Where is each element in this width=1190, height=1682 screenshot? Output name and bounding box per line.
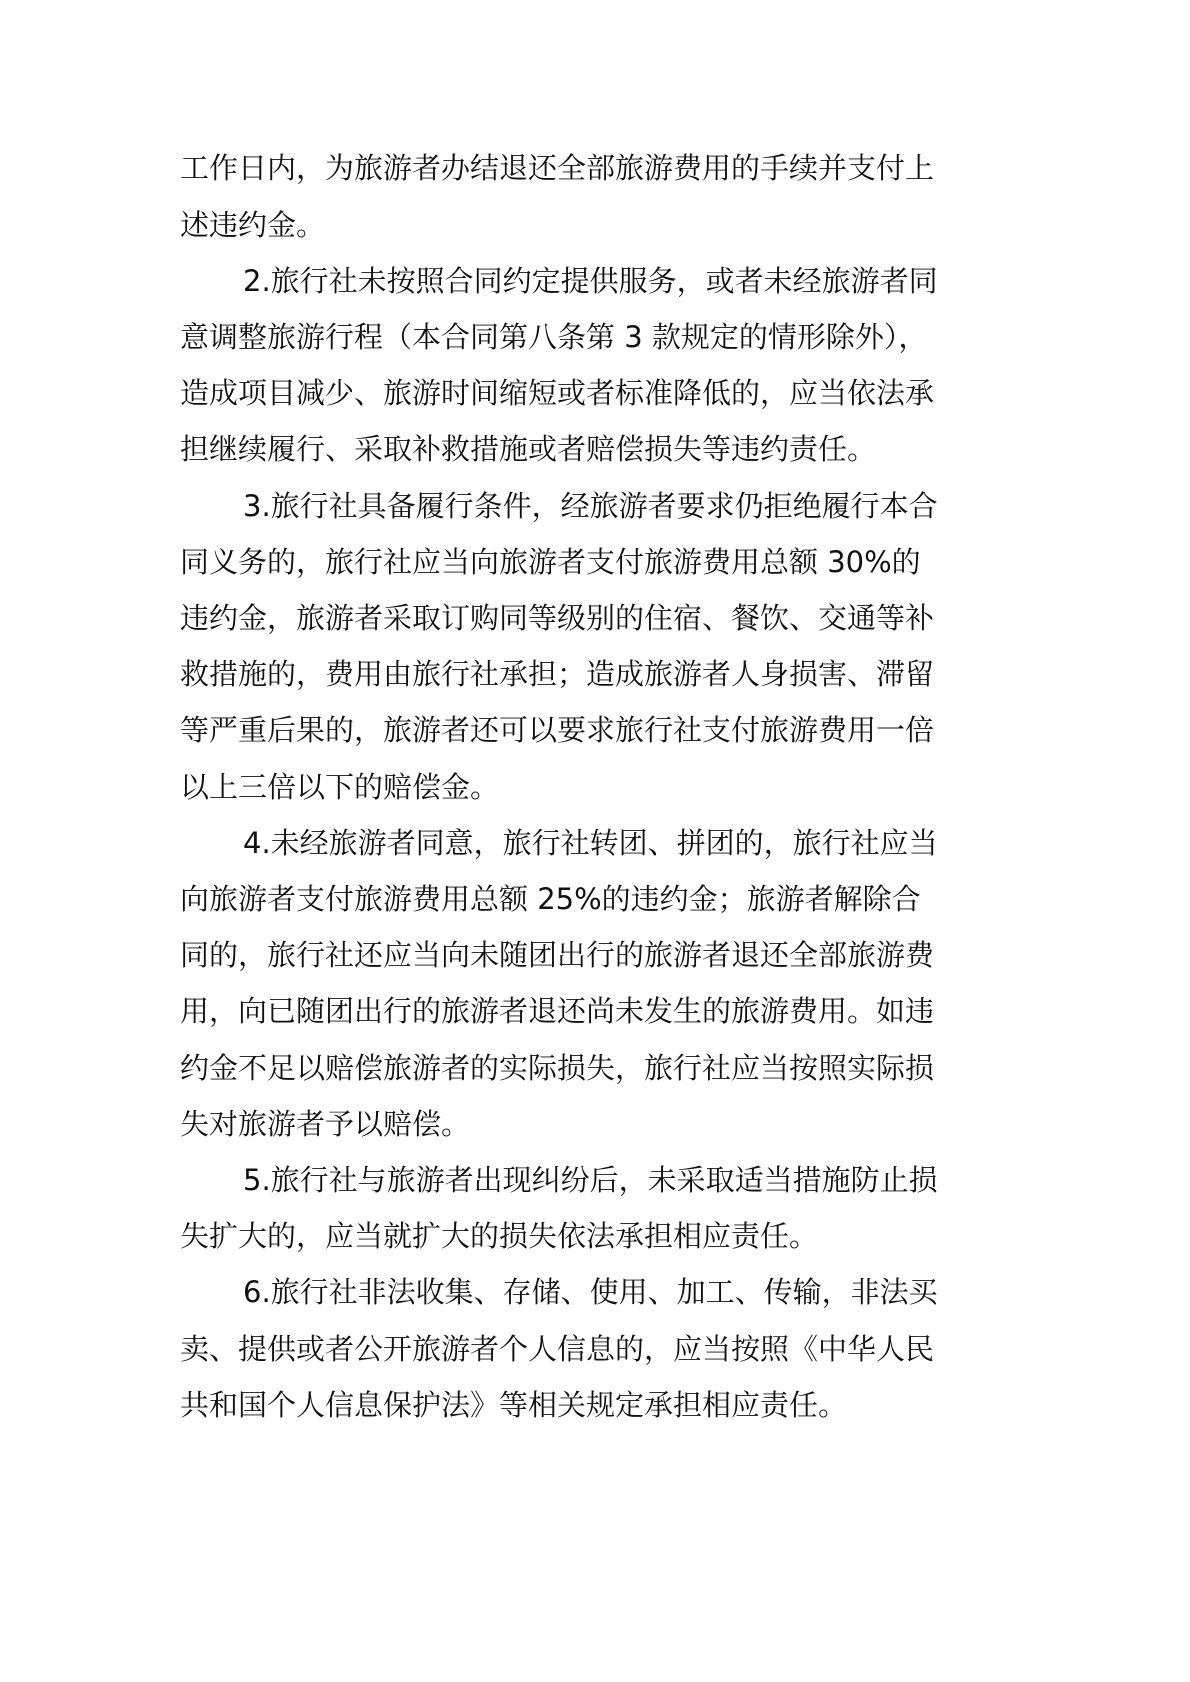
- text-line: 共和国个人信息保护法》等相关规定承担相应责任。: [180, 1385, 847, 1425]
- text-line: 约金不足以赔偿旅游者的实际损失，旅行社应当按照实际损: [180, 1048, 934, 1088]
- paragraph-3-start: 3.旅行社具备履行条件，经旅游者要求仍拒绝履行本合: [243, 486, 938, 526]
- document-page: 工作日内，为旅游者办结退还全部旅游费用的手续并支付上 述违约金。 2.旅行社未按…: [0, 0, 1190, 1682]
- text-line: 卖、提供或者公开旅游者个人信息的，应当按照《中华人民: [180, 1329, 934, 1369]
- text-line: 工作日内，为旅游者办结退还全部旅游费用的手续并支付上: [180, 148, 934, 188]
- paragraph-4-start: 4.未经旅游者同意，旅行社转团、拼团的，旅行社应当: [243, 823, 938, 863]
- text-line: 同的，旅行社还应当向未随团出行的旅游者退还全部旅游费: [180, 935, 934, 975]
- text-line: 以上三倍以下的赔偿金。: [180, 767, 499, 807]
- text-line: 失扩大的，应当就扩大的损失依法承担相应责任。: [180, 1216, 818, 1256]
- text-line: 述违约金。: [180, 205, 325, 245]
- paragraph-6-start: 6.旅行社非法收集、存储、使用、加工、传输，非法买: [243, 1272, 938, 1312]
- text-line: 同义务的，旅行社应当向旅游者支付旅游费用总额 30%的: [180, 542, 921, 582]
- text-line: 等严重后果的，旅游者还可以要求旅行社支付旅游费用一倍: [180, 710, 934, 750]
- text-line: 违约金，旅游者采取订购同等级别的住宿、餐饮、交通等补: [180, 598, 934, 638]
- text-line: 造成项目减少、旅游时间缩短或者标准降低的，应当依法承: [180, 373, 934, 413]
- text-line: 向旅游者支付旅游费用总额 25%的违约金；旅游者解除合: [180, 879, 921, 919]
- paragraph-5-start: 5.旅行社与旅游者出现纠纷后，未采取适当措施防止损: [243, 1160, 938, 1200]
- paragraph-2-start: 2.旅行社未按照合同约定提供服务，或者未经旅游者同: [243, 261, 938, 301]
- text-line: 失对旅游者予以赔偿。: [180, 1104, 470, 1144]
- text-line: 意调整旅游行程（本合同第八条第 3 款规定的情形除外），: [180, 317, 927, 357]
- text-line: 救措施的，费用由旅行社承担；造成旅游者人身损害、滞留: [180, 654, 934, 694]
- text-line: 担继续履行、采取补救措施或者赔偿损失等违约责任。: [180, 429, 876, 469]
- text-line: 用，向已随团出行的旅游者退还尚未发生的旅游费用。如违: [180, 991, 934, 1031]
